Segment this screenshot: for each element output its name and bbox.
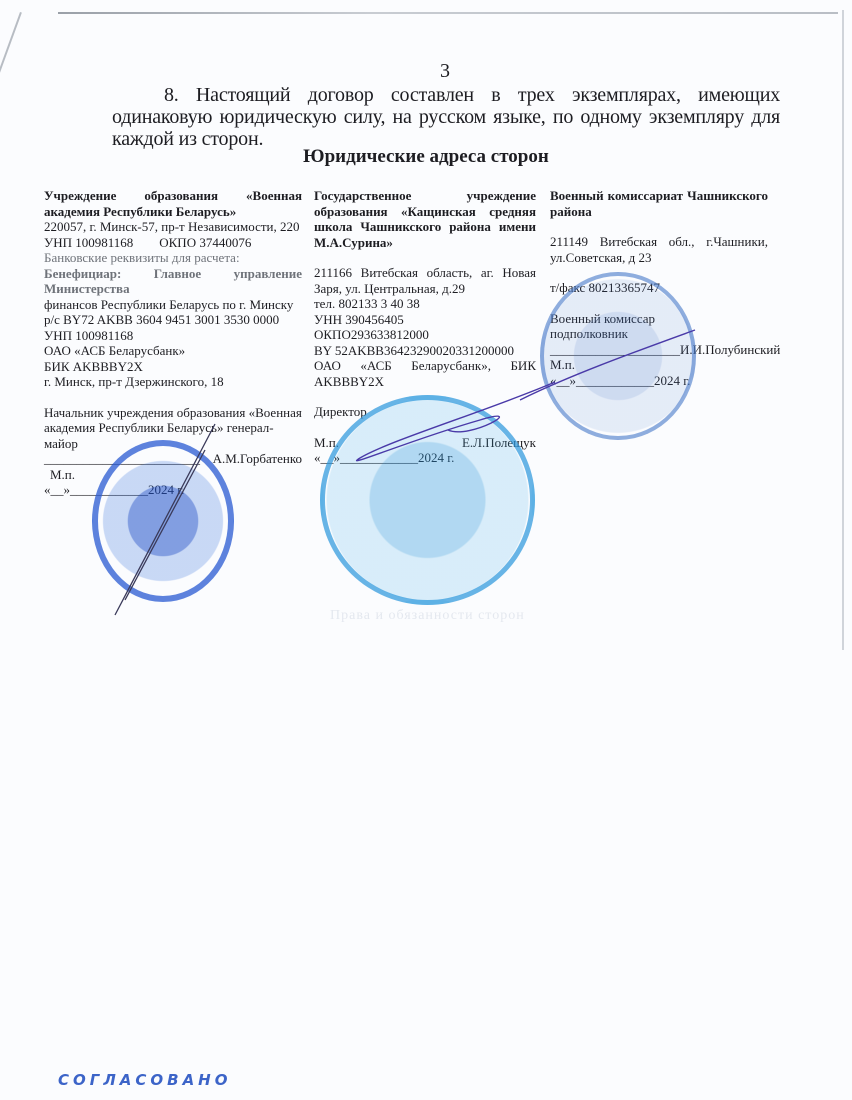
signature-line: ____________________И.И.Полубинский xyxy=(550,342,768,358)
party-military-commissariat: Военный комиссариат Чашникского района 2… xyxy=(550,188,768,388)
bank-line: финансов Республики Беларусь по г. Минск… xyxy=(44,297,302,313)
registration-codes: УНП 100981168 ОКПО 37440076 xyxy=(44,235,302,251)
bank-line: УНП 100981168 xyxy=(44,328,302,344)
bank-account: BY 52AKBB36423290020331200000 xyxy=(314,343,536,359)
address: 220057, г. Минск-57, пр-т Независимости,… xyxy=(44,219,302,235)
seal-label: М.п. xyxy=(44,467,302,483)
bank-name: ОАО «АСБ Беларусбанк», БИК AKBBBY2X xyxy=(314,358,536,389)
approval-stamp: СОГЛАСОВАНО xyxy=(58,1071,232,1089)
bank-header: Банковские реквизиты для расчета: xyxy=(44,250,302,266)
address: 211166 Витебская область, аг. Новая Заря… xyxy=(314,265,536,296)
bank-line: г. Минск, пр-т Дзержинского, 18 xyxy=(44,374,302,390)
unn: УНН 390456405 xyxy=(314,312,536,328)
seal-label: М.п. xyxy=(550,357,768,373)
signatory-name: И.И.Полубинский xyxy=(680,342,780,358)
seal-label: М.п. xyxy=(314,435,339,451)
signature-line: ________________________А.М.Горбатенко xyxy=(44,451,302,467)
scan-edge-left xyxy=(0,12,22,125)
signatory-name: А.М.Горбатенко xyxy=(213,451,302,467)
scan-edge-right xyxy=(842,10,844,650)
beneficiary: Бенефициар: Главное управление Министерс… xyxy=(44,266,302,297)
reverse-side-bleed-text: Права и обязанности сторон xyxy=(330,608,525,624)
signatory-name: Е.Л.Полещук xyxy=(462,435,536,451)
signatory-title: Начальник учреждения образования «Военна… xyxy=(44,405,302,452)
signatory-title: Директор xyxy=(314,404,536,420)
date-line: «__»____________2024 г. xyxy=(314,450,536,466)
okpo: ОКПО293633812000 xyxy=(314,327,536,343)
bank-line: БИК AKBBBY2X xyxy=(44,359,302,375)
section-title: Юридические адреса сторон xyxy=(0,146,852,168)
bank-line: р/с BY72 AKBB 3604 9451 3001 3530 0000 xyxy=(44,312,302,328)
phone: тел. 802133 3 40 38 xyxy=(314,296,536,312)
org-name: Государственное учреждение образования «… xyxy=(314,188,536,250)
bank-line: ОАО «АСБ Беларусбанк» xyxy=(44,343,302,359)
phone: т/факс 80213365747 xyxy=(550,280,768,296)
intro-paragraph: 8. Настоящий договор составлен в трех эк… xyxy=(112,84,780,150)
date-line: «__»____________2024 г. xyxy=(44,482,302,498)
scan-edge-top xyxy=(58,12,838,14)
party-military-academy: Учреждение образования «Военная академия… xyxy=(44,188,302,498)
address: 211149 Витебская обл., г.Чашники, ул.Сов… xyxy=(550,234,768,265)
date-line: «__»____________2024 г. xyxy=(550,373,768,389)
signatory-title: Военный комиссар подполковник xyxy=(550,311,670,342)
page-number: 3 xyxy=(440,60,450,83)
signature-line: М.п.Е.Л.Полещук xyxy=(314,435,536,451)
party-kashchinsk-school: Государственное учреждение образования «… xyxy=(314,188,536,466)
org-name: Учреждение образования «Военная академия… xyxy=(44,188,302,219)
org-name: Военный комиссариат Чашникского района xyxy=(550,188,768,219)
